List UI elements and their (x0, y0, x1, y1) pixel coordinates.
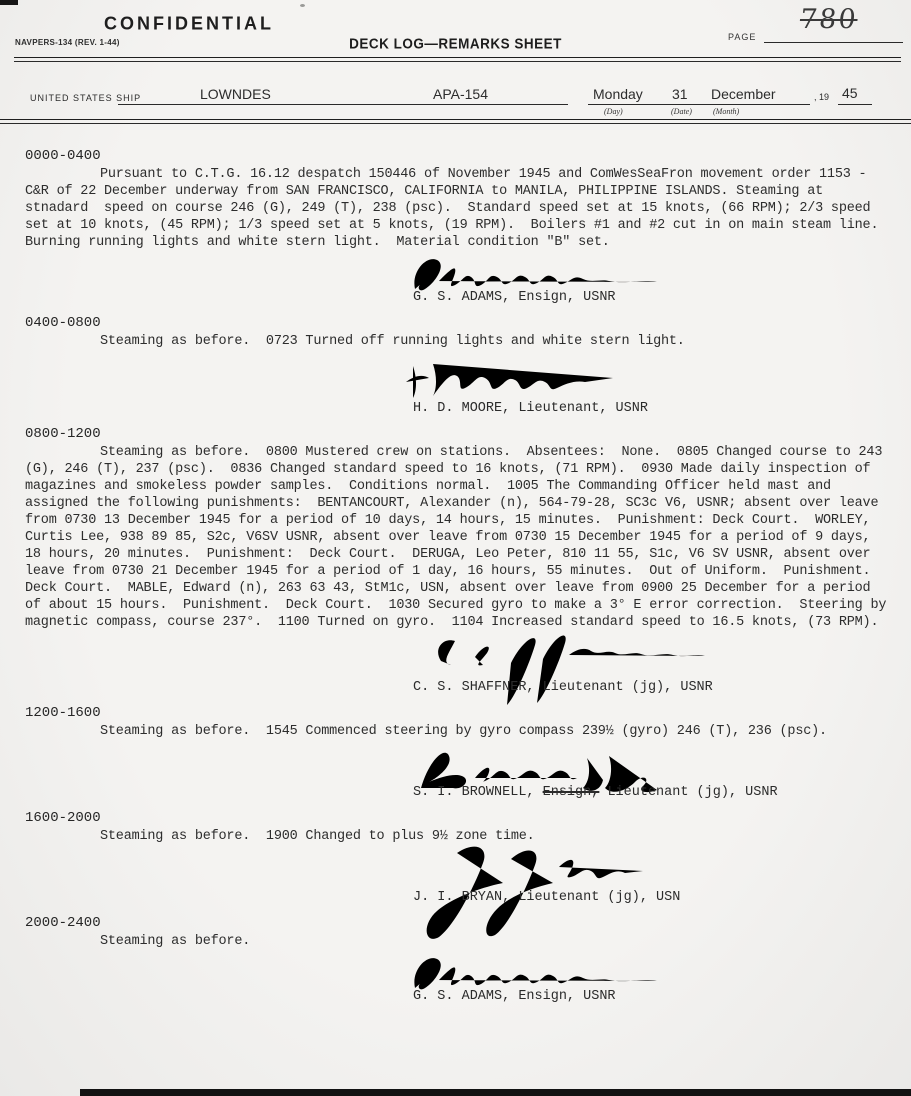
remarks-text: Pursuant to C.T.G. 16.12 despatch 150446… (25, 166, 889, 251)
signature-name: G. S. ADAMS, Ensign, USNR (413, 290, 616, 305)
deck-log-remarks-sheet: CONFIDENTIAL PAGE 780 NAVPERS-134 (REV. … (0, 0, 911, 1096)
watch-period: 0400-0800 (25, 315, 889, 331)
signature-block: G. S. ADAMS, Ensign, USNR (413, 253, 893, 305)
signature-block: J. I. BRYAN, Lieutenant (jg), USN (413, 847, 893, 905)
handwritten-page-number: 780 (798, 4, 859, 35)
hull-number: APA-154 (433, 86, 488, 102)
signature-block: C. S. SHAFFNER, Lieutenant (jg), USNR (413, 633, 893, 695)
watch-period: 0000-0400 (25, 148, 889, 164)
signature-name-line: G. S. ADAMS, Ensign, USNR (413, 989, 616, 1004)
signature-block: H. D. MOORE, Lieutenant, USNR (413, 352, 893, 416)
remarks-text: Steaming as before. 0800 Mustered crew o… (25, 444, 889, 631)
day-caption: (Day) (604, 107, 623, 116)
shaffner-signature (423, 627, 713, 711)
log-entry: 1600-2000 Steaming as before. 1900 Chang… (25, 810, 889, 905)
month-value: December (711, 86, 776, 102)
day-of-week: Monday (593, 86, 643, 102)
log-entry: 0000-0400 Pursuant to C.T.G. 16.12 despa… (25, 148, 889, 305)
month-caption: (Month) (713, 107, 739, 116)
remarks-text: Steaming as before. 0723 Turned off runn… (25, 333, 889, 350)
form-title: DECK LOG—REMARKS SHEET (0, 35, 911, 52)
adams-signature (407, 950, 667, 994)
log-entry: 0800-1200 Steaming as before. 0800 Muste… (25, 426, 889, 695)
double-rule-bottom (0, 119, 911, 124)
signature-name: H. D. MOORE, Lieutenant, USNR (413, 401, 648, 416)
signature-name-line: H. D. MOORE, Lieutenant, USNR (413, 401, 648, 416)
year-underline (838, 104, 872, 105)
watch-period: 0800-1200 (25, 426, 889, 442)
classification-stamp: CONFIDENTIAL (104, 12, 274, 34)
signature-name: J. I. BRYAN, Lieutenant (jg), USN (413, 890, 680, 905)
ship-name: LOWNDES (200, 86, 271, 102)
signature-block: S. I. BROWNELL, Ensign, Lieutenant (jg),… (413, 742, 893, 800)
signature-block: G. S. ADAMS, Ensign, USNR (413, 952, 893, 1004)
united-states-ship-label: UNITED STATES SHIP (30, 93, 141, 103)
log-entries: 0000-0400 Pursuant to C.T.G. 16.12 despa… (0, 128, 911, 1004)
adams-signature (407, 251, 667, 295)
date-value: 31 (672, 86, 688, 102)
signature-name: S. I. BROWNELL, (413, 785, 543, 800)
log-entry: 0400-0800 Steaming as before. 0723 Turne… (25, 315, 889, 416)
signature-name-struck: Ensign, (543, 785, 600, 800)
watch-period: 1600-2000 (25, 810, 889, 826)
signature-name-line: S. I. BROWNELL, Ensign, Lieutenant (jg),… (413, 785, 778, 800)
ship-identification-row: UNITED STATES SHIP LOWNDES APA-154 Monda… (0, 80, 911, 118)
signature-name-line: J. I. BRYAN, Lieutenant (jg), USN (413, 890, 680, 905)
signature-name: C. S. SHAFFNER, Lieutenant (jg), USNR (413, 680, 713, 695)
year-prefix: , 19 (814, 92, 829, 102)
moore-signature (401, 356, 631, 404)
double-rule-top (14, 57, 901, 62)
date-caption: (Date) (671, 107, 692, 116)
signature-name-line: C. S. SHAFFNER, Lieutenant (jg), USNR (413, 680, 713, 695)
signature-name-correction: Lieutenant (jg), USNR (599, 785, 777, 800)
form-header: CONFIDENTIAL PAGE 780 NAVPERS-134 (REV. … (0, 0, 911, 128)
ship-name-underline (118, 104, 568, 105)
year-value: 45 (842, 85, 858, 101)
scan-artifact-bottom-bar (80, 1089, 911, 1096)
signature-name-line: G. S. ADAMS, Ensign, USNR (413, 290, 616, 305)
signature-name: G. S. ADAMS, Ensign, USNR (413, 989, 616, 1004)
log-entry: 1200-1600 Steaming as before. 1545 Comme… (25, 705, 889, 800)
date-underline (588, 104, 810, 105)
remarks-text: Steaming as before. 1545 Commenced steer… (25, 723, 889, 740)
